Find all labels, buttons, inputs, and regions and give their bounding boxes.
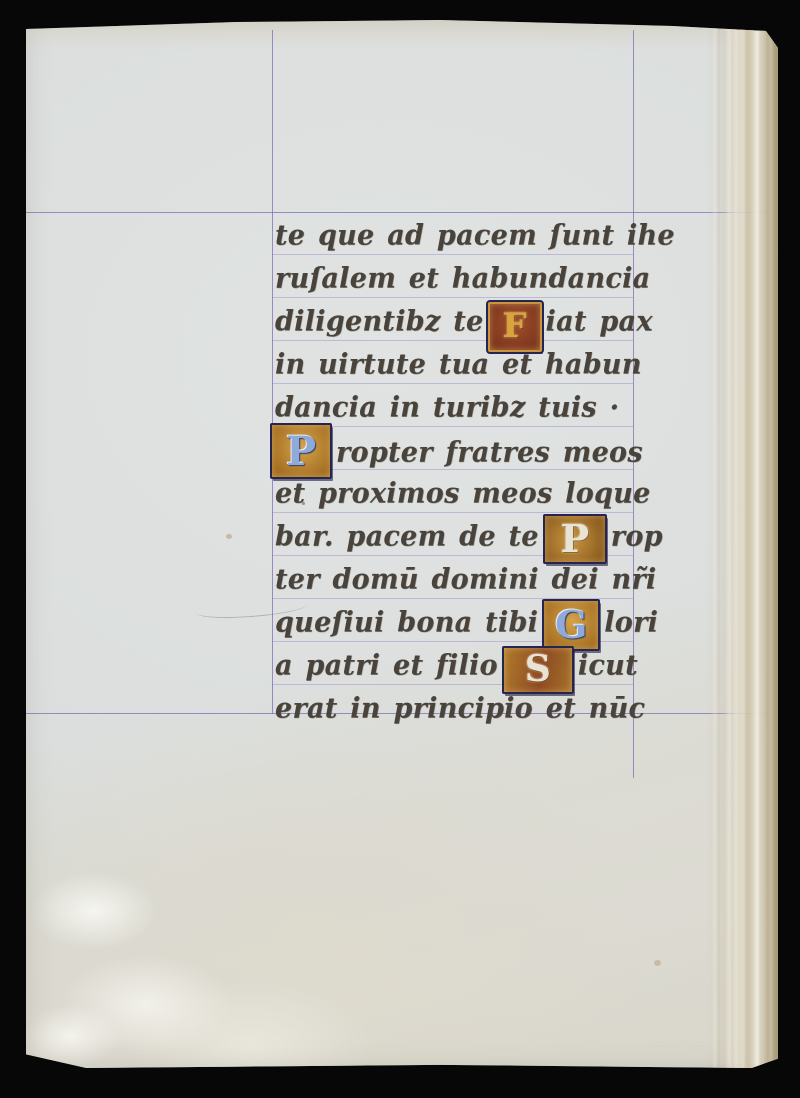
text-line: et proximos meos loque [275,472,651,515]
text-line: a patri et filioSicut [275,644,638,687]
text-line: ruſalem et habundancia [275,257,650,300]
photo-backdrop: { "palette": { "backdrop": "#070707", "p… [0,0,800,1098]
line-text: ruſalem et habundancia [275,256,650,301]
line-text: ropter fratres meos [336,430,643,475]
line-text: a patri et filio [275,643,498,688]
line-text: in uirtute tua et habun [275,342,642,387]
line-text: ter domū domini dei nr̃i [275,557,657,602]
text-line: erat in principio et nūc [275,687,645,730]
ink-speck [302,502,305,505]
page-fold-edge [706,20,778,1068]
line-text: icut [578,643,638,688]
line-text: bar. pacem de te [275,514,539,559]
text-line: Propter fratres meos [266,429,643,472]
line-text: te que ad pacem ſunt ihe [275,213,675,258]
parchment-stain [226,534,232,539]
text-line: ter domū domini dei nr̃i [275,558,657,601]
manuscript-page: te que ad pacem ſunt iheruſalem et habun… [26,20,778,1068]
text-line: diligentibz teFiat pax [275,300,653,343]
line-text: diligentibz te [275,299,484,344]
line-text: rop [611,514,663,559]
line-text: et proximos meos loque [275,471,651,516]
text-block: te que ad pacem ſunt iheruſalem et habun… [26,20,778,1068]
line-text: queſiui bona tibi [275,600,538,645]
line-text: iat pax [546,299,653,344]
text-line: in uirtute tua et habun [275,343,642,386]
line-text: erat in principio et nūc [275,686,645,731]
text-line: te que ad pacem ſunt ihe [275,214,675,257]
initial-p-propter-2: P [543,514,607,564]
parchment-stain [654,960,661,966]
text-line: queſiui bona tibiGlori [275,601,658,644]
line-text: lori [604,600,658,645]
text-line: bar. pacem de teProp [275,515,663,558]
